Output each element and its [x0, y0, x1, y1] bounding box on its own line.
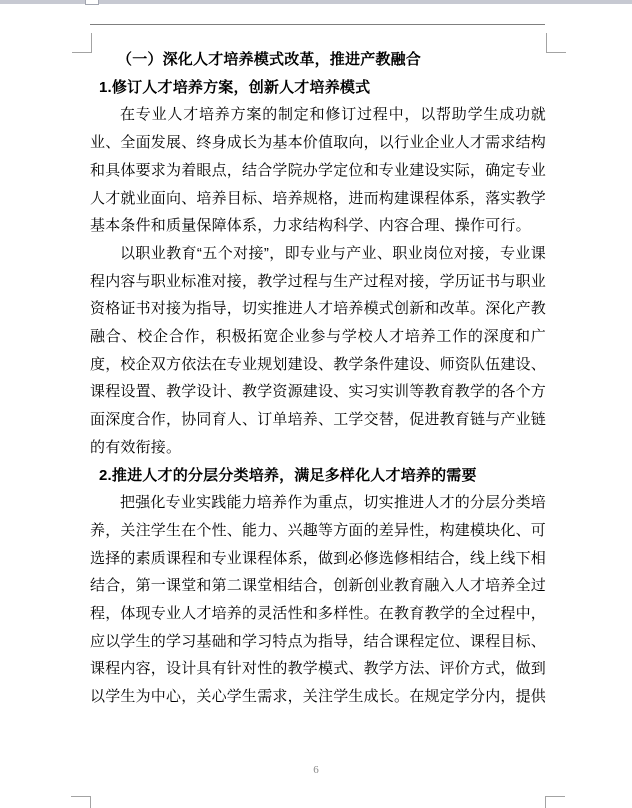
text-boundary-mark-top-left [72, 33, 92, 53]
subsection-heading-2[interactable]: 2.推进人才的分层分类培养，满足多样化人才培养的需要 [90, 462, 546, 490]
section-heading[interactable]: （一）深化人才培养模式改革，推进产教融合 [90, 46, 546, 74]
paragraph-3[interactable]: 把强化专业实践能力培养作为重点，切实推进人才的分层分类培养，关注学生在个性、能力… [90, 489, 546, 711]
subsection-heading-1[interactable]: 1.修订人才培养方案，创新人才培养模式 [90, 74, 546, 102]
text-boundary-mark-bottom-left [71, 796, 91, 808]
page-gap-notch [85, 0, 99, 5]
paragraph-2[interactable]: 以职业教育“五个对接”，即专业与产业、职业岗位对接，专业课程内容与职业标准对接，… [90, 240, 546, 462]
paragraph-1[interactable]: 在专业人才培养方案的制定和修订过程中，以帮助学生成功就业、全面发展、终身成长为基… [90, 101, 546, 240]
document-page: （一）深化人才培养模式改革，推进产教融合 1.修订人才培养方案，创新人才培养模式… [0, 0, 632, 808]
page-top-edge-line [90, 24, 545, 25]
text-boundary-mark-bottom-right [545, 796, 565, 808]
document-body[interactable]: （一）深化人才培养模式改革，推进产教融合 1.修订人才培养方案，创新人才培养模式… [90, 46, 546, 711]
footer-page-number: 6 [0, 763, 632, 777]
text-boundary-mark-top-right [546, 33, 566, 53]
